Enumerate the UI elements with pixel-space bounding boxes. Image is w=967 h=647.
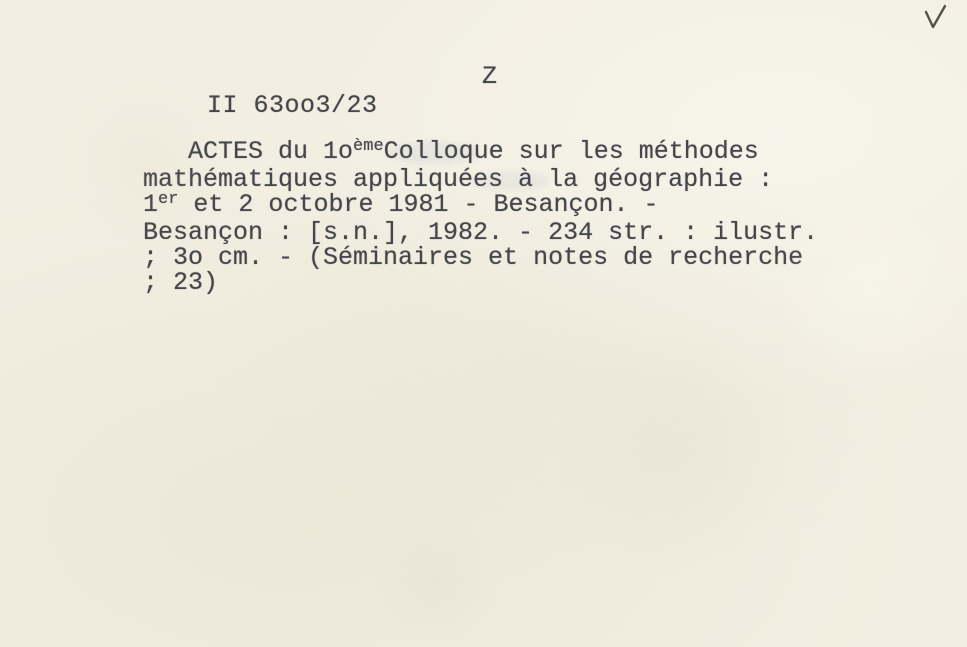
typed-text: ACTES du 1o xyxy=(143,137,353,166)
shelf-letter: Z xyxy=(482,62,498,91)
typed-text: 1 xyxy=(143,190,158,219)
typed-text: ; 23) xyxy=(143,268,218,297)
superscript-text: ème xyxy=(353,137,384,156)
catalog-card: II 63oo3/23 Z ACTES du 1oèmeColloque sur… xyxy=(0,0,967,647)
body-line: Besançon : [s.n.], 1982. - 234 str. : il… xyxy=(143,220,818,245)
typed-text: Colloque sur les méthodes xyxy=(384,137,759,166)
call-number: II 63oo3/23 xyxy=(207,91,378,120)
superscript-text: er xyxy=(158,190,178,209)
typed-text: et 2 octobre 1981 - Besançon. - xyxy=(178,190,658,219)
body-line: ; 23) xyxy=(143,270,818,295)
handwritten-check-icon xyxy=(922,3,948,31)
body-line: 1er et 2 octobre 1981 - Besançon. - xyxy=(143,192,818,220)
body-line: ACTES du 1oèmeColloque sur les méthodes xyxy=(143,139,818,167)
typed-text: ; 3o cm. - (Séminaires et notes de reche… xyxy=(143,243,803,272)
body-line: mathématiques appliquées à la géographie… xyxy=(143,167,818,192)
card-body: ACTES du 1oèmeColloque sur les méthodesm… xyxy=(143,139,818,295)
body-line: ; 3o cm. - (Séminaires et notes de reche… xyxy=(143,245,818,270)
